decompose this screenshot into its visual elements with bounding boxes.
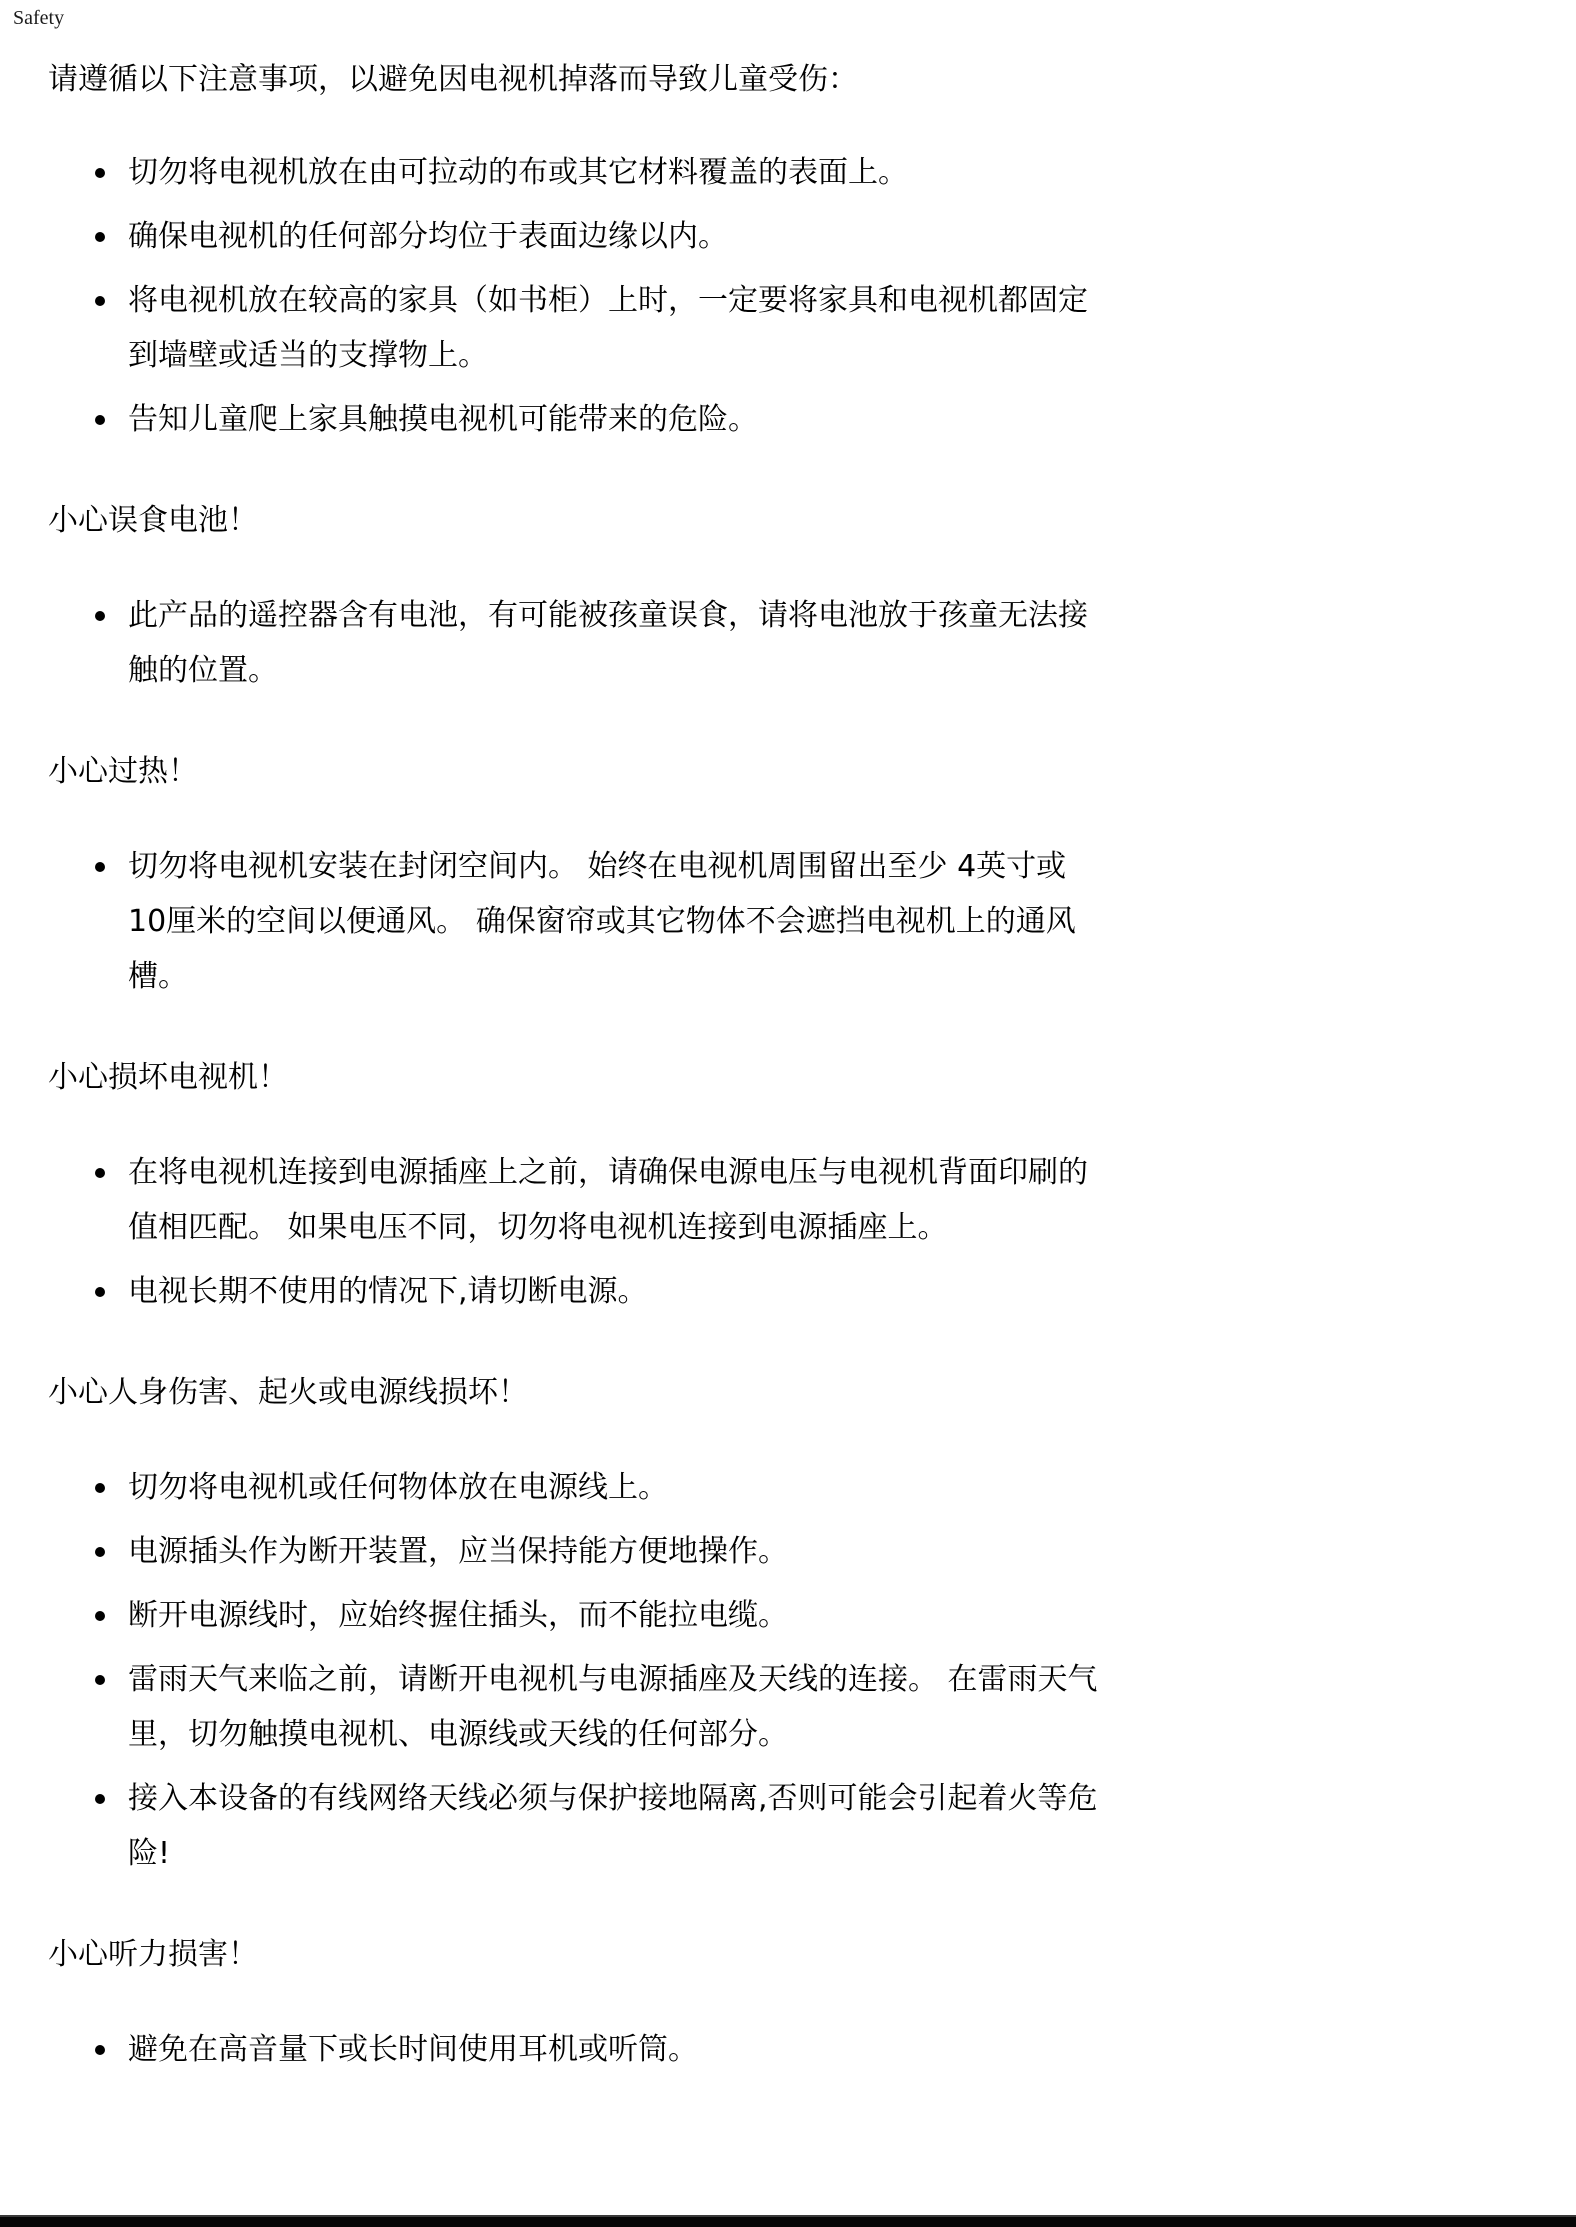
list-item-text: 此产品的遥控器含有电池，有可能被孩童误食，请将电池放于孩童无法接触的位置。: [128, 598, 1088, 688]
bullet-icon: [95, 1611, 105, 1621]
list-item-text: 接入本设备的有线网络天线必须与保护接地隔离,否则可能会引起着火等危险!: [128, 1781, 1098, 1871]
list-item: 告知儿童爬上家具触摸电视机可能带来的危险。: [128, 392, 1113, 447]
list-item-text: 断开电源线时，应始终握住插头，而不能拉电缆。: [128, 1598, 788, 1633]
list-item-text: 切勿将电视机放在由可拉动的布或其它材料覆盖的表面上。: [128, 155, 908, 190]
section-hearing-damage: 小心听力损害！ 避免在高音量下或长时间使用耳机或听筒。: [48, 1927, 1113, 2077]
list-item: 断开电源线时，应始终握住插头，而不能拉电缆。: [128, 1588, 1113, 1643]
bullet-icon: [95, 1168, 105, 1178]
list-item: 电视长期不使用的情况下,请切断电源。: [128, 1264, 1113, 1319]
list-item-text: 雷雨天气来临之前，请断开电视机与电源插座及天线的连接。 在雷雨天气里，切勿触摸电…: [128, 1662, 1098, 1752]
bullet-icon: [95, 2045, 105, 2055]
list-item: 切勿将电视机安装在封闭空间内。 始终在电视机周围留出至少 4英寸或 10厘米的空…: [128, 839, 1113, 1004]
bullet-icon: [95, 862, 105, 872]
list-item: 此产品的遥控器含有电池，有可能被孩童误食，请将电池放于孩童无法接触的位置。: [128, 588, 1113, 698]
bullet-icon: [95, 1547, 105, 1557]
section-heading: 小心过热！: [48, 744, 1113, 799]
bullet-list: 此产品的遥控器含有电池，有可能被孩童误食，请将电池放于孩童无法接触的位置。: [48, 588, 1113, 698]
list-item-text: 电源插头作为断开装置，应当保持能方便地操作。: [128, 1534, 788, 1569]
bullet-icon: [95, 1483, 105, 1493]
bullet-list: 在将电视机连接到电源插座上之前，请确保电源电压与电视机背面印刷的值相匹配。 如果…: [48, 1145, 1113, 1319]
section-overheating: 小心过热！ 切勿将电视机安装在封闭空间内。 始终在电视机周围留出至少 4英寸或 …: [48, 744, 1113, 1004]
bullet-icon: [95, 415, 105, 425]
list-item-text: 在将电视机连接到电源插座上之前，请确保电源电压与电视机背面印刷的值相匹配。 如果…: [128, 1155, 1088, 1245]
list-item: 确保电视机的任何部分均位于表面边缘以内。: [128, 209, 1113, 264]
bullet-list: 切勿将电视机放在由可拉动的布或其它材料覆盖的表面上。 确保电视机的任何部分均位于…: [48, 145, 1113, 447]
section-heading: 小心误食电池！: [48, 493, 1113, 548]
list-item: 接入本设备的有线网络天线必须与保护接地隔离,否则可能会引起着火等危险!: [128, 1771, 1113, 1881]
list-item: 电源插头作为断开装置，应当保持能方便地操作。: [128, 1524, 1113, 1579]
section-heading: 小心损坏电视机！: [48, 1050, 1113, 1105]
list-item-text: 避免在高音量下或长时间使用耳机或听筒。: [128, 2032, 698, 2067]
bullet-list: 避免在高音量下或长时间使用耳机或听筒。: [48, 2022, 1113, 2077]
section-child-injury: 切勿将电视机放在由可拉动的布或其它材料覆盖的表面上。 确保电视机的任何部分均位于…: [48, 145, 1113, 447]
list-item: 将电视机放在较高的家具（如书柜）上时，一定要将家具和电视机都固定到墙壁或适当的支…: [128, 273, 1113, 383]
section-heading: 小心听力损害！: [48, 1927, 1113, 1982]
document-page: Safety 请遵循以下注意事项，以避免因电视机掉落而导致儿童受伤： 切勿将电视…: [0, 0, 1576, 2227]
page-header-label: Safety: [13, 7, 64, 30]
list-item-text: 确保电视机的任何部分均位于表面边缘以内。: [128, 219, 728, 254]
list-item: 在将电视机连接到电源插座上之前，请确保电源电压与电视机背面印刷的值相匹配。 如果…: [128, 1145, 1113, 1255]
list-item: 雷雨天气来临之前，请断开电视机与电源插座及天线的连接。 在雷雨天气里，切勿触摸电…: [128, 1652, 1113, 1762]
bullet-list: 切勿将电视机安装在封闭空间内。 始终在电视机周围留出至少 4英寸或 10厘米的空…: [48, 839, 1113, 1004]
list-item-text: 告知儿童爬上家具触摸电视机可能带来的危险。: [128, 402, 758, 437]
bullet-icon: [95, 168, 105, 178]
list-item-text: 电视长期不使用的情况下,请切断电源。: [128, 1274, 648, 1309]
section-battery: 小心误食电池！ 此产品的遥控器含有电池，有可能被孩童误食，请将电池放于孩童无法接…: [48, 493, 1113, 698]
list-item-text: 切勿将电视机安装在封闭空间内。 始终在电视机周围留出至少 4英寸或 10厘米的空…: [128, 849, 1076, 994]
bullet-icon: [95, 296, 105, 306]
section-heading: 小心人身伤害、起火或电源线损坏！: [48, 1365, 1113, 1420]
page-bottom-bar: [0, 2215, 1576, 2227]
bullet-icon: [95, 611, 105, 621]
bullet-icon: [95, 1287, 105, 1297]
intro-text: 请遵循以下注意事项，以避免因电视机掉落而导致儿童受伤：: [48, 52, 1113, 107]
bullet-icon: [95, 232, 105, 242]
section-tv-damage: 小心损坏电视机！ 在将电视机连接到电源插座上之前，请确保电源电压与电视机背面印刷…: [48, 1050, 1113, 1319]
bullet-icon: [95, 1675, 105, 1685]
bullet-list: 切勿将电视机或任何物体放在电源线上。 电源插头作为断开装置，应当保持能方便地操作…: [48, 1460, 1113, 1881]
bullet-icon: [95, 1794, 105, 1804]
list-item: 切勿将电视机放在由可拉动的布或其它材料覆盖的表面上。: [128, 145, 1113, 200]
page-content: 请遵循以下注意事项，以避免因电视机掉落而导致儿童受伤： 切勿将电视机放在由可拉动…: [48, 52, 1113, 2086]
section-injury-fire-cord: 小心人身伤害、起火或电源线损坏！ 切勿将电视机或任何物体放在电源线上。 电源插头…: [48, 1365, 1113, 1881]
list-item-text: 切勿将电视机或任何物体放在电源线上。: [128, 1470, 668, 1505]
list-item: 切勿将电视机或任何物体放在电源线上。: [128, 1460, 1113, 1515]
list-item: 避免在高音量下或长时间使用耳机或听筒。: [128, 2022, 1113, 2077]
list-item-text: 将电视机放在较高的家具（如书柜）上时，一定要将家具和电视机都固定到墙壁或适当的支…: [128, 283, 1088, 373]
